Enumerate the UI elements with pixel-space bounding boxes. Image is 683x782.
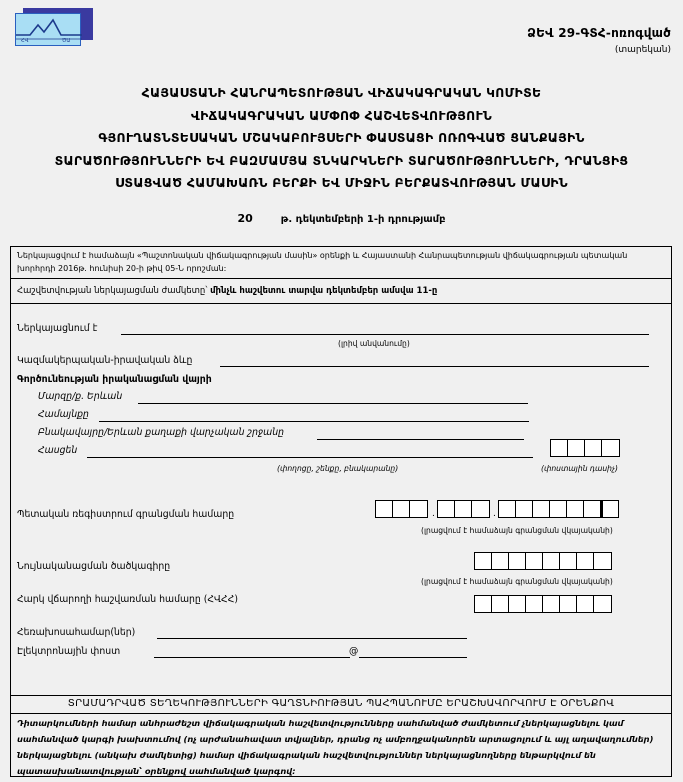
phone-label: Հեռախոսահամար(ներ) bbox=[17, 627, 135, 638]
logo-right-label: ԾԱ bbox=[62, 38, 70, 44]
community-label: Համայնքը bbox=[38, 409, 89, 420]
year-prefix: 20 bbox=[237, 212, 252, 225]
title-line: ՀԱՅԱՍՏԱՆԻ ՀԱՆՐԱՊԵՏՈՒԹՅԱՆ ՎԻՃԱԿԱԳՐԱԿԱՆ ԿՈ… bbox=[0, 82, 683, 105]
divider bbox=[11, 278, 671, 279]
submitter-hint: (լրիվ անվանումը) bbox=[338, 339, 410, 348]
postal-code-hint: (փոստային դասիչ) bbox=[541, 464, 618, 473]
location-heading: Գործունեության իրականացման վայրի bbox=[17, 374, 212, 385]
legal-form-field[interactable] bbox=[220, 366, 649, 367]
community-field[interactable] bbox=[99, 421, 529, 422]
identification-code-input[interactable] bbox=[474, 552, 612, 570]
address-hint: (փողոցը, շենքը, բնակարանը) bbox=[277, 464, 398, 473]
region-field[interactable] bbox=[138, 403, 528, 404]
region-label: Մարզը/ք. Երևան bbox=[38, 391, 122, 402]
date-text: թ. դեկտեմբերի 1-ի դրությամբ bbox=[281, 214, 446, 225]
phone-field[interactable] bbox=[157, 638, 467, 639]
email-domain-field[interactable] bbox=[359, 657, 467, 658]
identification-code-hint: (լրացվում է համաձայն գրանցման վկայականի) bbox=[421, 577, 613, 586]
liability-warning: Դիտարկումների համար անհրաժեշտ վիճակագրակ… bbox=[17, 715, 667, 779]
logo-left-label: ՀՎ bbox=[21, 38, 28, 44]
email-at-sign: @ bbox=[349, 646, 358, 657]
postal-code-input[interactable] bbox=[550, 439, 620, 457]
address-field[interactable] bbox=[87, 457, 533, 458]
identification-code-label: Նույնականացման ծածկագիրը bbox=[17, 561, 170, 572]
deadline-label: Հաշվետվության ներկայացման ժամկետը՝ bbox=[17, 286, 210, 296]
email-user-field[interactable] bbox=[154, 657, 350, 658]
legal-basis-text: Ներկայացվում է համաձայն «Պաշտոնական վիճա… bbox=[17, 249, 667, 275]
report-date-line: 20թ. դեկտեմբերի 1-ի դրությամբ bbox=[0, 212, 683, 225]
divider bbox=[11, 695, 671, 696]
tax-id-input[interactable] bbox=[474, 595, 612, 613]
email-label: Էլեկտրոնային փոստ bbox=[17, 646, 120, 657]
form-code: ՁԵՎ 29-ԳՏՀ-ոռոգված bbox=[527, 26, 671, 40]
settlement-label: Բնակավայրը/Երևան քաղաքի վարչական շրջանը bbox=[38, 427, 284, 438]
title-line: ՏԱՐԱԾՈՒԹՅՈՒՆՆԵՐԻ ԵՎ ԲԱԶՄԱՄՅԱ ՏՆԿԱՐԿՆԵՐԻ … bbox=[0, 150, 683, 173]
address-label: Հասցեն bbox=[38, 445, 77, 456]
divider bbox=[11, 713, 671, 714]
state-registration-part-1[interactable] bbox=[375, 500, 428, 518]
state-registration-part-3[interactable] bbox=[498, 500, 619, 518]
statistics-committee-logo: ՀՎ ԾԱ bbox=[15, 8, 95, 46]
title-line: ՎԻՃԱԿԱԳՐԱԿԱՆ ԱՄՓՈՓ ՀԱՇՎԵՏՎՈՒԹՅՈՒՆ bbox=[0, 105, 683, 128]
state-registration-label: Պետական ռեգիստրում գրանցման համարը bbox=[17, 509, 234, 520]
settlement-field[interactable] bbox=[317, 439, 524, 440]
form-period: (տարեկան) bbox=[615, 45, 671, 55]
legal-form-label: Կազմակերպական-իրավական ձևը bbox=[17, 355, 192, 366]
submitter-label: Ներկայացնում է bbox=[17, 323, 97, 334]
title-line: ԳՅՈՒՂԱՏՆՏԵՍԱԿԱՆ ՄՇԱԿԱԲՈՒՅՍԵՐԻ ՓԱՍՏԱՑԻ ՈՌ… bbox=[0, 127, 683, 150]
registration-separator: . bbox=[493, 509, 496, 519]
state-registration-hint: (լրացվում է համաձայն գրանցման վկայականի) bbox=[421, 526, 613, 535]
logo-front-panel: ՀՎ ԾԱ bbox=[15, 13, 81, 46]
deadline-value: մինչև հաշվետու տարվա դեկտեմբեր ամսվա 11-… bbox=[210, 286, 437, 296]
tax-id-label: Հարկ վճարողի հաշվառման համարը (ՀՎՀՀ) bbox=[17, 594, 238, 605]
confidentiality-notice: ՏՐԱՄԱԴՐՎԱԾ ՏԵՂԵԿՈՒԹՅՈՒՆՆԵՐԻ ԳԱՂՏՆԻՈՒԹՅԱՆ… bbox=[11, 698, 671, 709]
registration-separator: . bbox=[432, 509, 435, 519]
divider bbox=[11, 303, 671, 304]
submission-deadline: Հաշվետվության ներկայացման ժամկետը՝ մինչև… bbox=[17, 286, 437, 296]
title-line: ՍՏԱՑՎԱԾ ՀԱՄԱԽԱՌՆ ԲԵՐՔԻ ԵՎ ՄԻՋԻՆ ԲԵՐՔԱՏՎՈ… bbox=[0, 172, 683, 195]
form-frame: Ներկայացվում է համաձայն «Պաշտոնական վիճա… bbox=[10, 246, 672, 777]
state-registration-part-2[interactable] bbox=[437, 500, 490, 518]
report-title: ՀԱՅԱՍՏԱՆԻ ՀԱՆՐԱՊԵՏՈՒԹՅԱՆ ՎԻՃԱԿԱԳՐԱԿԱՆ ԿՈ… bbox=[0, 82, 683, 195]
submitter-field[interactable] bbox=[121, 334, 649, 335]
